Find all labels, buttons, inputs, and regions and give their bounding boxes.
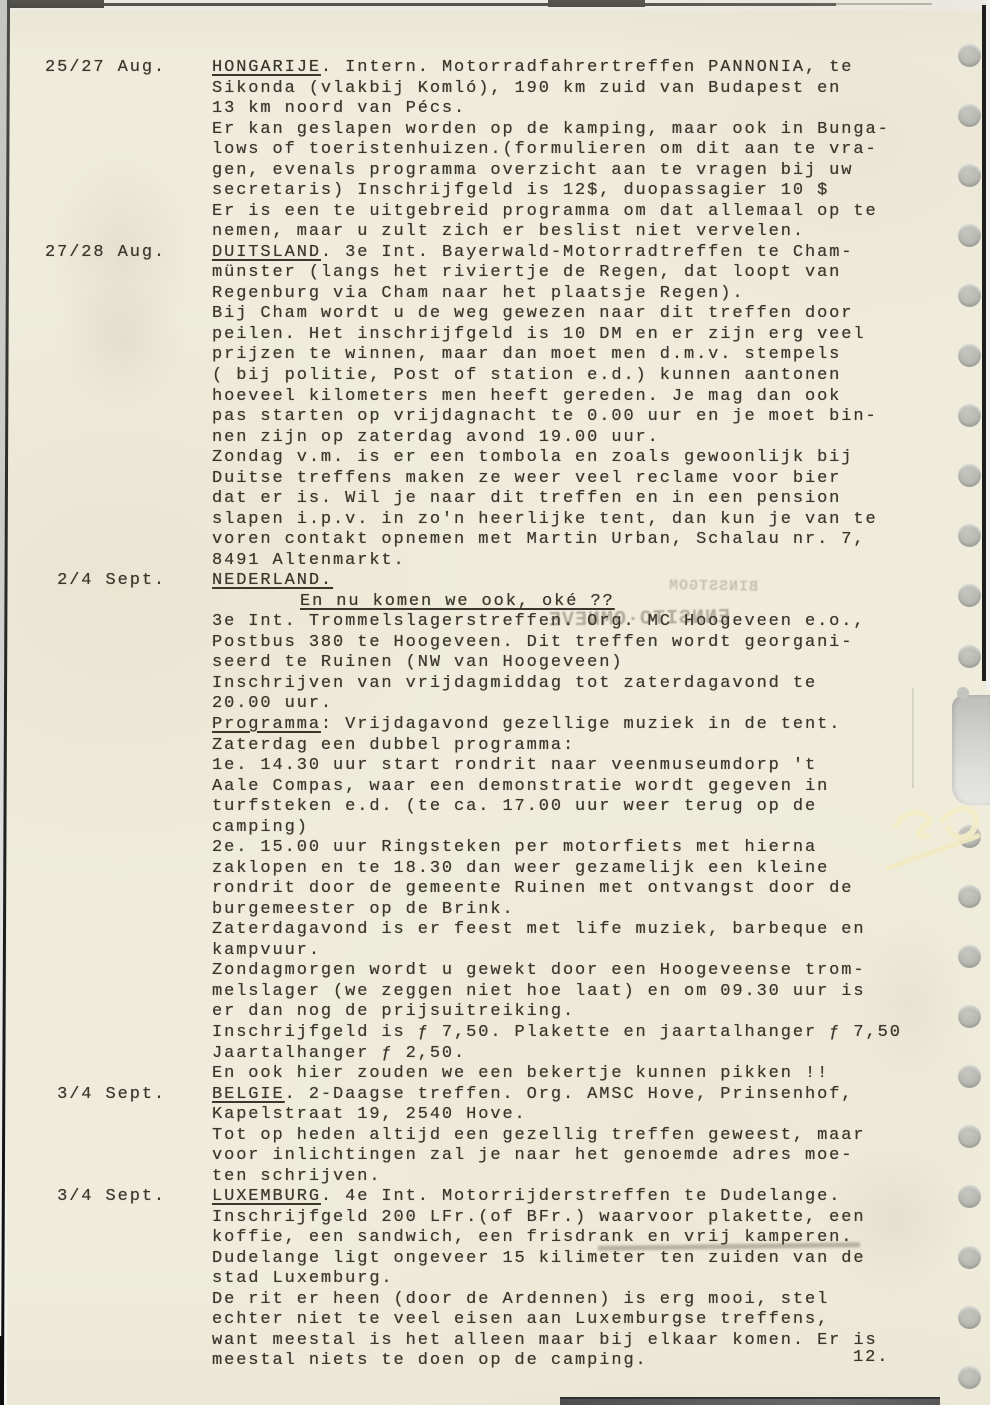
text-line: HONGARIJE. Intern. Motorradfahrertreffen… [212, 58, 960, 79]
event-section: 2/4 Sept.NEDERLAND.En nu komen we ook, o… [0, 571, 960, 1084]
text-line: 1e. 14.30 uur start rondrit naar veenmus… [212, 756, 960, 777]
text-line: Zaterdagavond is er feest met life muzie… [212, 920, 960, 941]
event-text: NEDERLAND.En nu komen we ook, oké ??3e I… [212, 571, 960, 1084]
text-line: stad Luxemburg. [212, 1269, 960, 1290]
text-line: Regenburg via Cham naar het plaatsje Reg… [212, 284, 960, 305]
text-line: LUXEMBURG. 4e Int. Motorrijderstreffen t… [212, 1187, 960, 1208]
text-line: kampvuur. [212, 941, 960, 962]
text-line: secretaris) Inschrijfgeld is 12$, duopas… [212, 181, 960, 202]
underlined-text: HONGARIJE [212, 58, 321, 77]
text-line: ten schrijven. [212, 1167, 960, 1188]
punch-hole [958, 1125, 981, 1148]
scan-top-edge-thick-left [0, 0, 104, 8]
punch-hole [958, 1065, 981, 1088]
text-line: Inschrijfgeld 200 LFr.(of BFr.) waarvoor… [212, 1208, 960, 1229]
underlined-text: Programma [212, 715, 321, 734]
text-line: melslager (we zeggen niet hoe laat) en o… [212, 982, 960, 1003]
text-line: er dan nog de prijsuitreiking. [212, 1002, 960, 1023]
punch-hole [958, 825, 981, 848]
event-date: 3/4 Sept. [0, 1187, 212, 1208]
underlined-text: NEDERLAND. [212, 571, 333, 590]
event-section: 3/4 Sept.LUXEMBURG. 4e Int. Motorrijders… [0, 1187, 960, 1372]
text-line: nen zijn op zaterdag avond 19.00 uur. [212, 428, 960, 449]
event-date: 27/28 Aug. [0, 243, 212, 264]
page-bottom-left-edge [0, 1336, 4, 1405]
text-line: camping) [212, 818, 960, 839]
punch-hole [958, 164, 981, 187]
text-line: 3e Int. Trommelslagerstreffen. Org. MC H… [212, 612, 960, 633]
text-line: voor inlichtingen zal je naar het genoem… [212, 1146, 960, 1167]
page-right-edge-shadow [982, 5, 986, 681]
punch-hole [958, 404, 981, 427]
event-date: 2/4 Sept. [0, 571, 212, 592]
event-text: BELGIE. 2-Daagse treffen. Org. AMSC Hove… [212, 1085, 960, 1188]
event-text: LUXEMBURG. 4e Int. Motorrijderstreffen t… [212, 1187, 960, 1372]
text-line: seerd te Ruinen (NW van Hoogeveen) [212, 653, 960, 674]
document-body: 25/27 Aug.HONGARIJE. Intern. Motorradfah… [0, 58, 960, 1372]
underlined-text: BELGIE [212, 1085, 285, 1104]
text-line: peilen. Het inschrijfgeld is 10 DM en er… [212, 325, 960, 346]
text-line: pas starten op vrijdagnacht te 0.00 uur … [212, 407, 960, 428]
text-line: rondrit door de gemeente Ruinen met ontv… [212, 879, 960, 900]
punch-hole [958, 464, 981, 487]
text-line: münster (langs het riviertje de Regen, d… [212, 263, 960, 284]
text-line: Er is een te uitgebreid programma om dat… [212, 202, 960, 223]
text-line: voren contakt opnemen met Martin Urban, … [212, 530, 960, 551]
underlined-text: DUITSLAND [212, 243, 321, 262]
scan-top-edge-line [8, 3, 836, 6]
crease-mark [912, 688, 914, 788]
text-line: lows of toeristenhuizen.(formulieren om … [212, 140, 960, 161]
punch-hole [958, 344, 981, 367]
text-line: want meestal is het alleen maar bij elka… [212, 1331, 960, 1352]
text-line: Zondagmorgen wordt u gewekt door een Hoo… [212, 961, 960, 982]
text-line: Aale Compas, waar een demonstratie wordt… [212, 777, 960, 798]
text-line: En ook hier zouden we een bekertje kunne… [212, 1064, 960, 1085]
underlined-text: En nu komen we ook, oké ?? [300, 592, 615, 611]
scan-top-edge-fade [836, 3, 932, 5]
punch-hole [958, 1005, 981, 1028]
punch-hole [958, 1185, 981, 1208]
punch-hole [958, 584, 981, 607]
scanner-right-strip [986, 0, 990, 690]
text-line: Sikonda (vlakbij Komló), 190 km zuid van… [212, 79, 960, 100]
punch-hole [958, 284, 981, 307]
event-section: 27/28 Aug.DUITSLAND. 3e Int. Bayerwald-M… [0, 243, 960, 572]
text-line: Zaterdag een dubbel programma: [212, 736, 960, 757]
text-line: Bij Cham wordt u de weg gewezen naar dit… [212, 304, 960, 325]
text-line: DUITSLAND. 3e Int. Bayerwald-Motorradtre… [212, 243, 960, 264]
scan-bottom-bar [560, 1397, 940, 1405]
text-line: slapen i.p.v. in zo'n heerlijke tent, da… [212, 510, 960, 531]
event-text: DUITSLAND. 3e Int. Bayerwald-Motorradtre… [212, 243, 960, 572]
text-line: Kapelstraat 19, 2540 Hove. [212, 1105, 960, 1126]
punch-hole [958, 1246, 981, 1269]
text-line: zaklopen en te 18.30 dan weer gezamelijk… [212, 859, 960, 880]
text-line: Er kan geslapen worden op de kamping, ma… [212, 120, 960, 141]
event-section: 3/4 Sept.BELGIE. 2-Daagse treffen. Org. … [0, 1085, 960, 1188]
text-line: meestal niets te doen op de camping. [212, 1351, 960, 1372]
text-line: Dudelange ligt ongeveer 15 kilimeter ten… [212, 1249, 960, 1270]
scan-top-edge-thick-mid [548, 0, 645, 7]
punch-hole [958, 524, 981, 547]
event-date: 25/27 Aug. [0, 58, 212, 79]
text-line: dat er is. Wil je naar dit treffen en in… [212, 489, 960, 510]
text-line: hoeveel kilometers men heeft gereden. Je… [212, 387, 960, 408]
text-line: echter niet te veel eisen aan Luxemburgs… [212, 1310, 960, 1331]
text-line: Jaartalhanger ƒ 2,50. [212, 1044, 960, 1065]
text-line: Postbus 380 te Hoogeveen. Dit treffen wo… [212, 633, 960, 654]
event-section: 25/27 Aug.HONGARIJE. Intern. Motorradfah… [0, 58, 960, 243]
binder-tab [952, 695, 990, 805]
punch-hole [958, 645, 981, 668]
text-line: 20.00 uur. [212, 694, 960, 715]
text-line: 2e. 15.00 uur Ringsteken per motorfiets … [212, 838, 960, 859]
binder-tab-nub [957, 687, 969, 699]
text-line: Inschrijfgeld is ƒ 7,50. Plakette en jaa… [212, 1023, 960, 1044]
text-line: Inschrijven van vrijdagmiddag tot zaterd… [212, 674, 960, 695]
text-line: 8491 Altenmarkt. [212, 551, 960, 572]
text-line: turfsteken e.d. (te ca. 17.00 uur weer t… [212, 797, 960, 818]
text-line: nemen, maar u zult zich er beslist niet … [212, 222, 960, 243]
punch-hole [958, 104, 981, 127]
text-line: Programma: Vrijdagavond gezellige muziek… [212, 715, 960, 736]
punch-hole [958, 885, 981, 908]
text-line: En nu komen we ook, oké ?? [212, 592, 960, 613]
event-text: HONGARIJE. Intern. Motorradfahrertreffen… [212, 58, 960, 243]
text-line: De rit er heen (door de Ardennen) is erg… [212, 1290, 960, 1311]
punch-hole [958, 1306, 981, 1329]
punch-hole [958, 1366, 981, 1389]
text-line: BELGIE. 2-Daagse treffen. Org. AMSC Hove… [212, 1085, 960, 1106]
text-line: 13 km noord van Pécs. [212, 99, 960, 120]
text-line: burgemeester op de Brink. [212, 900, 960, 921]
text-line: prijzen te winnen, maar dan moet men d.m… [212, 345, 960, 366]
event-date: 3/4 Sept. [0, 1085, 212, 1106]
text-line: gen, evenals programma overzicht aan te … [212, 161, 960, 182]
text-line: Tot op heden altijd een gezellig treffen… [212, 1126, 960, 1147]
page-number: 12. [853, 1348, 889, 1367]
text-line: Zondag v.m. is er een tombola en zoals g… [212, 448, 960, 469]
punch-hole [958, 224, 981, 247]
punch-hole [958, 945, 981, 968]
text-line: ( bij politie, Post of station e.d.) kun… [212, 366, 960, 387]
text-line: Duitse treffens maken ze weer veel recla… [212, 469, 960, 490]
underlined-text: LUXEMBURG [212, 1187, 321, 1206]
punch-hole [958, 44, 981, 67]
text-line: NEDERLAND. [212, 571, 960, 592]
text-line: koffie, een sandwich, een frisdrank en v… [212, 1228, 960, 1249]
